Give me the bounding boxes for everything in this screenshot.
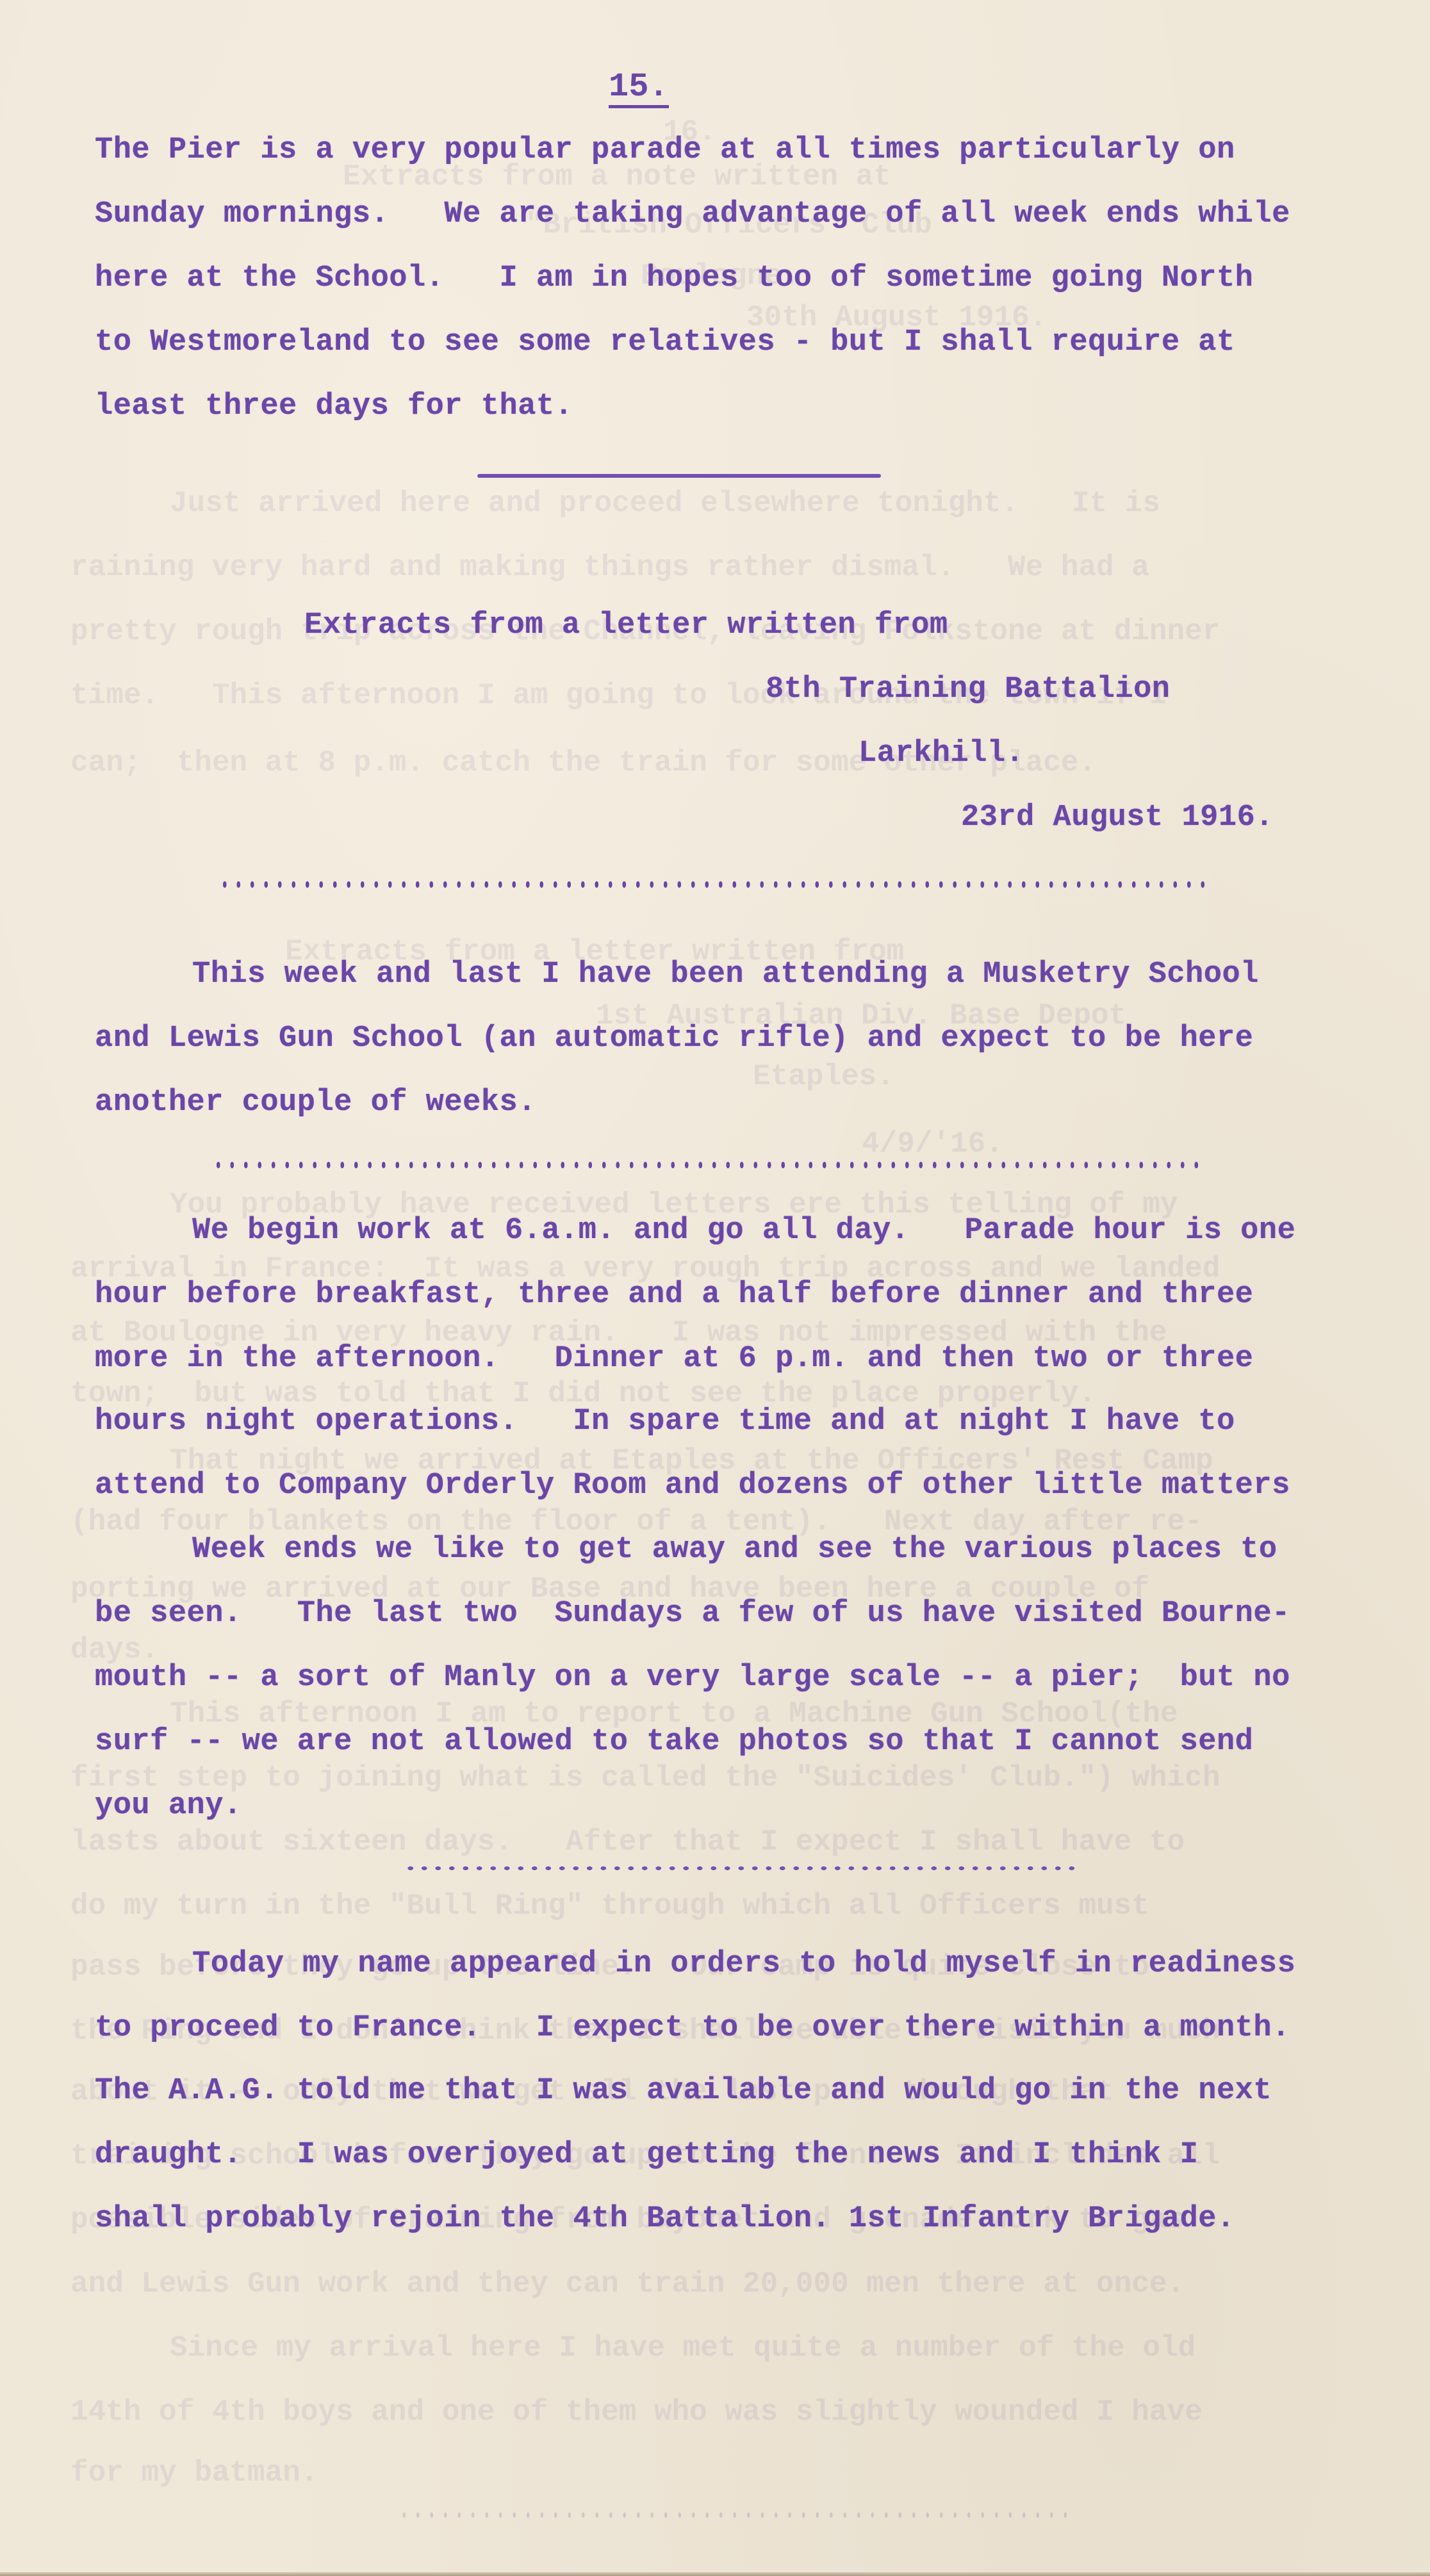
text-line: shall probably rejoin the 4th Battalion.… <box>95 2202 1235 2236</box>
text-line: you any. <box>95 1789 242 1823</box>
text-line: The Pier is a very popular parade at all… <box>95 133 1235 167</box>
text-line: mouth -- a sort of Manly on a very large… <box>95 1661 1290 1695</box>
text-line: hours night operations. In spare time an… <box>95 1405 1235 1439</box>
text-line: This week and last I have been attending… <box>192 958 1259 991</box>
heading-place: Larkhill. <box>859 737 1024 770</box>
dotted-separator <box>218 880 1204 889</box>
section-rule <box>477 474 881 478</box>
page-bottom-edge <box>0 2572 1430 2576</box>
text-line: be seen. The last two Sundays a few of u… <box>95 1597 1290 1631</box>
text-line: least three days for that. <box>95 389 573 423</box>
text-line: another couple of weeks. <box>95 1086 536 1120</box>
page-number: 15. <box>609 70 669 108</box>
heading-unit: 8th Training Battalion <box>766 673 1171 706</box>
text-line: hour before breakfast, three and a half … <box>95 1278 1253 1312</box>
text-line: to proceed to France. I expect to be ove… <box>95 2011 1290 2045</box>
text-line: We begin work at 6.a.m. and go all day. … <box>192 1214 1295 1248</box>
text-line: more in the afternoon. Dinner at 6 p.m. … <box>95 1342 1253 1376</box>
text-line: and Lewis Gun School (an automatic rifle… <box>95 1022 1253 1056</box>
text-line: The A.A.G. told me that I was available … <box>95 2074 1272 2108</box>
text-line: Today my name appeared in orders to hold… <box>192 1947 1295 1981</box>
text-line: here at the School. I am in hopes too of… <box>95 261 1253 295</box>
text-line: draught. I was overjoyed at getting the … <box>95 2138 1198 2172</box>
heading-title: Extracts from a letter written from <box>304 608 948 642</box>
text-line: Week ends we like to get away and see th… <box>192 1533 1278 1567</box>
heading-date: 23rd August 1916. <box>961 801 1274 835</box>
bleed-dotted-separator <box>397 2511 1076 2520</box>
dotted-separator <box>211 1161 1204 1170</box>
text-line: to Westmoreland to see some relatives - … <box>95 325 1235 359</box>
text-line: attend to Company Orderly Room and dozen… <box>95 1469 1290 1503</box>
dashed-separator <box>404 1865 1076 1871</box>
text-line: surf -- we are not allowed to take photo… <box>95 1725 1253 1759</box>
text-line: Sunday mornings. We are taking advantage… <box>95 197 1290 231</box>
